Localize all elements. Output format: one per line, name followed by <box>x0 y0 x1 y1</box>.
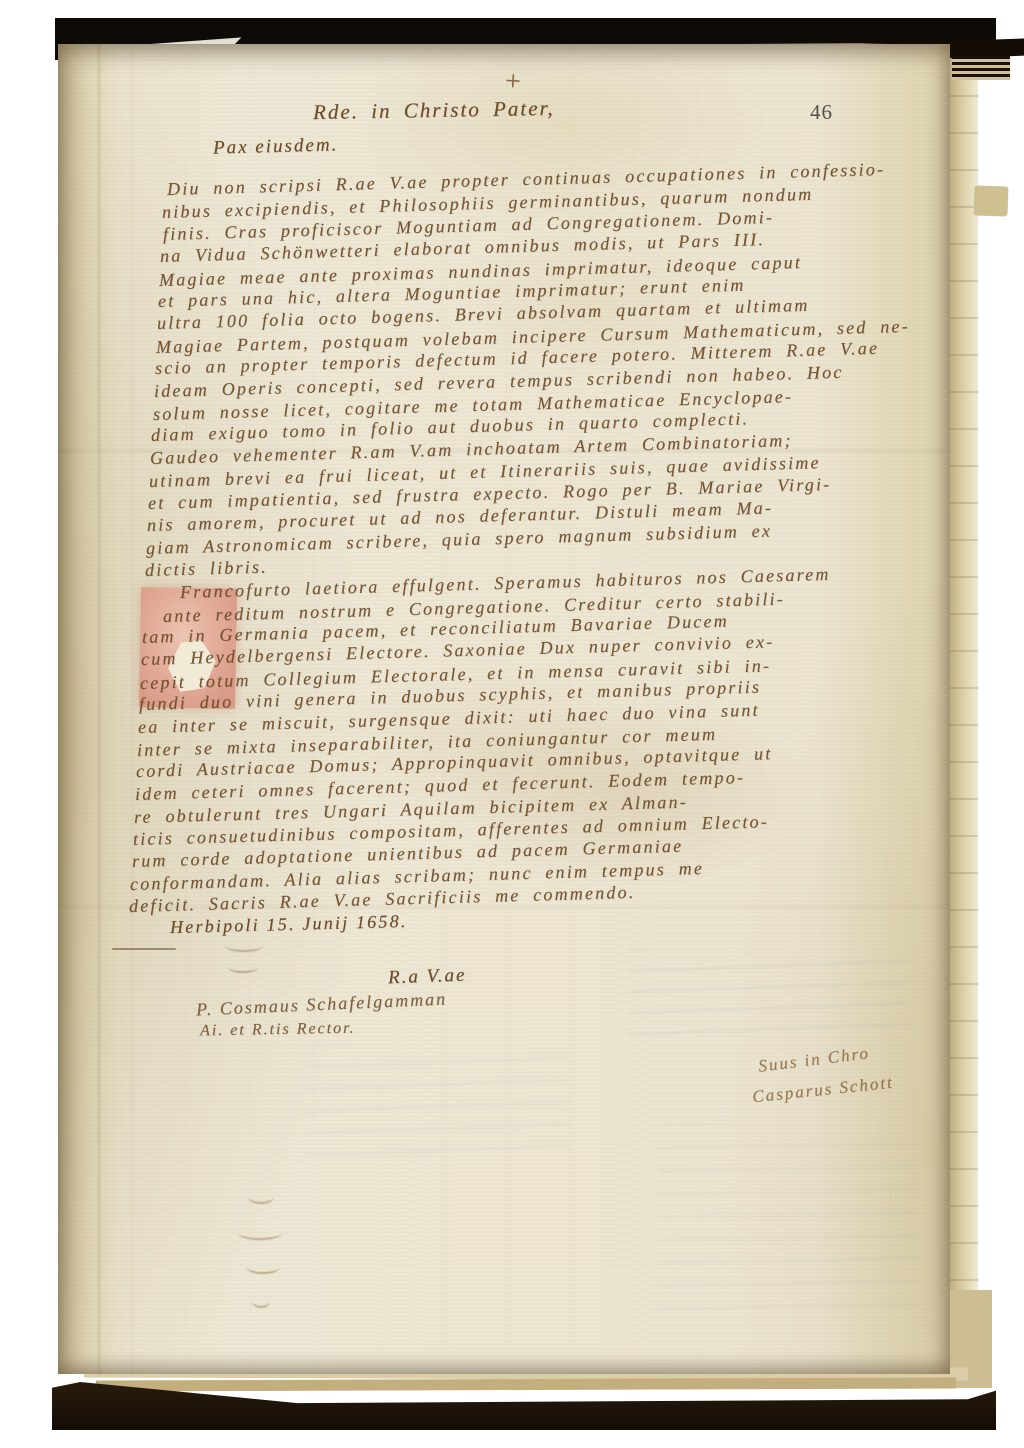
faint-ink-mark <box>225 940 263 952</box>
ink-bleedthrough <box>308 1044 568 1164</box>
paper-crease <box>132 44 133 1374</box>
faint-ink-mark <box>252 1294 270 1308</box>
faint-ink-mark <box>246 1260 280 1274</box>
letter-body: Diu non scripsi R.ae V.ae propter contin… <box>163 179 963 939</box>
ink-bleedthrough <box>628 949 908 1039</box>
salutation: Rde. in Christo Pater, <box>313 96 555 125</box>
valediction: R.a V.ae <box>388 965 467 990</box>
annotation-closing: Suus in Chro <box>757 1043 871 1077</box>
signature-name: P. Cosmaus Schafelgamman <box>196 989 448 1021</box>
ink-dash <box>112 948 176 950</box>
folio-number: 46 <box>810 100 833 125</box>
fore-edge-stripes <box>952 56 1010 80</box>
page-edge-strip <box>96 1377 956 1391</box>
paper-crease <box>98 44 100 1374</box>
faint-ink-mark <box>228 962 258 973</box>
manuscript-scan: { "page": { "folio_number": "46", "cross… <box>0 0 1024 1448</box>
annotation-signature: Casparus Schott <box>751 1073 894 1108</box>
fore-edge-tab <box>973 185 1008 216</box>
signature-title: Ai. et R.tis Rector. <box>200 1020 356 1041</box>
manuscript-line: dictis libris. <box>145 556 268 580</box>
faint-ink-mark <box>238 1226 282 1240</box>
ink-bleedthrough <box>658 1124 918 1314</box>
cross-mark: + <box>504 66 521 99</box>
manuscript-page: + Rde. in Christo Pater, 46 Pax eiusdem.… <box>58 44 950 1374</box>
faint-ink-mark <box>248 1190 274 1204</box>
greeting: Pax eiusdem. <box>213 134 339 159</box>
